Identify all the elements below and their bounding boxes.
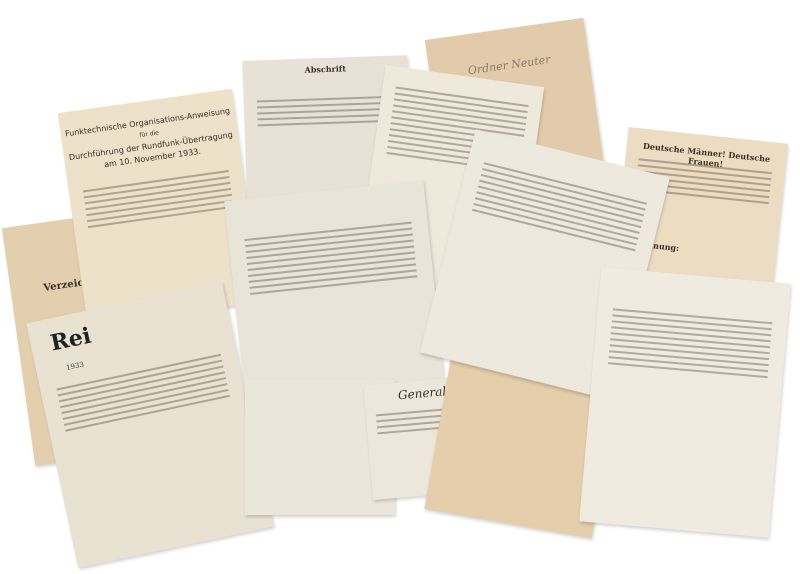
document-bottom-right xyxy=(579,267,791,538)
year: 1933 xyxy=(66,361,85,373)
document-title: Abschrift xyxy=(243,61,408,77)
masthead: Rei xyxy=(48,323,93,357)
